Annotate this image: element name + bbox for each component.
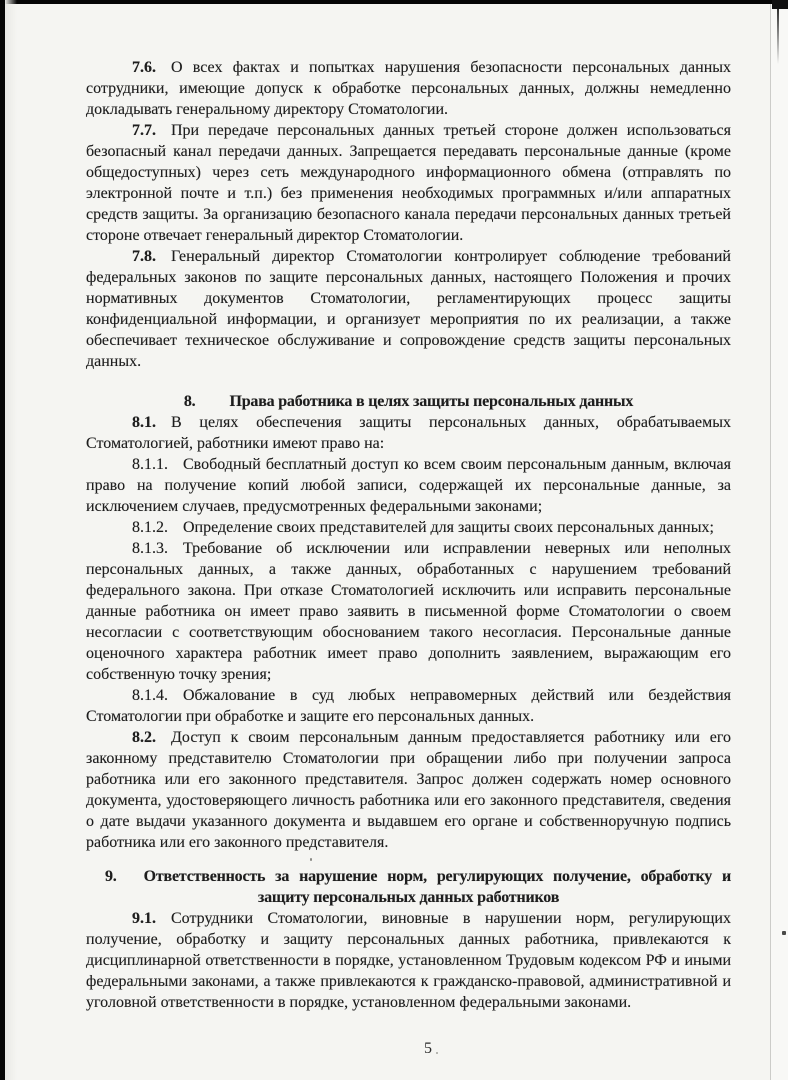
scan-edge-darkline	[777, 9, 779, 64]
scan-corner-smudge	[772, 0, 788, 9]
clause-text: Генеральный директор Стоматологии контро…	[86, 248, 731, 370]
clause-text: Права работника в целях защиты персональ…	[229, 393, 633, 410]
clause-number: 8.2.	[132, 729, 156, 746]
clause-number: 7.7.	[132, 122, 156, 139]
clause-paragraph: 9.1.Сотрудники Стоматологии, виновные в …	[86, 908, 731, 1013]
clause-paragraph: 8.1.1.Свободный бесплатный доступ ко все…	[86, 454, 731, 517]
clause-number: 8.1.4.	[132, 687, 168, 704]
scan-crease-line	[770, 0, 771, 1080]
clause-paragraph: 8.1.4.Обжалование в суд любых неправомер…	[86, 685, 731, 727]
clause-paragraph: 8.1.2.Определение своих представителей д…	[86, 517, 731, 538]
clause-number: 8.1.1.	[132, 456, 168, 473]
clause-paragraph: 8.1.3.Требование об исключении или испра…	[86, 538, 731, 685]
document-body: 7.6.О всех фактах и попытках нарушения б…	[86, 57, 731, 1013]
clause-paragraph: 7.6.О всех фактах и попытках нарушения б…	[86, 57, 731, 120]
clause-paragraph: 8.2.Доступ к своим персональным данным п…	[86, 727, 731, 853]
clause-text: Доступ к своим персональным данным предо…	[86, 729, 731, 851]
clause-text: Требование об исключении или исправлении…	[86, 540, 731, 683]
clause-text: Обжалование в суд любых неправомерных де…	[86, 687, 731, 725]
page-number: 5	[424, 1038, 432, 1059]
clause-text: При передаче персональных данных третьей…	[86, 122, 731, 244]
clause-text: В целях обеспечения защиты персональных …	[86, 414, 731, 452]
clause-text: Свободный бесплатный доступ ко всем свои…	[86, 456, 731, 515]
clause-number: 8.1.3.	[132, 540, 168, 557]
clause-text: Сотрудники Стоматологии, виновные в нару…	[86, 910, 731, 1011]
clause-number: 8.1.2.	[132, 519, 168, 536]
clause-text: Ответственность за нарушение норм, регул…	[144, 868, 731, 906]
clause-number: 8.	[184, 393, 196, 410]
clause-number: 9.1.	[132, 910, 156, 927]
scanned-document-page: 7.6.О всех фактах и попытках нарушения б…	[0, 0, 788, 1080]
clause-paragraph: 8.1.В целях обеспечения защиты персональ…	[86, 412, 731, 454]
clause-text: Определение своих представителей для защ…	[183, 519, 714, 536]
clause-paragraph: 7.7.При передаче персональных данных тре…	[86, 120, 731, 246]
scan-speck	[436, 1052, 438, 1054]
section-heading: 9.Ответственность за нарушение норм, рег…	[86, 866, 731, 908]
clause-number: 7.6.	[132, 59, 156, 76]
scan-edge-top	[0, 0, 788, 4]
clause-paragraph: 7.8.Генеральный директор Стоматологии ко…	[86, 246, 731, 372]
clause-text: О всех фактах и попытках нарушения безоп…	[86, 59, 731, 118]
scan-right-strip	[771, 0, 788, 1080]
clause-number: 9.	[105, 868, 117, 885]
clause-number: 7.8.	[132, 248, 156, 265]
scan-left-shadow	[5, 0, 17, 1080]
section-heading: 8.Права работника в целях защиты персона…	[86, 391, 731, 412]
scan-speck	[782, 931, 786, 935]
clause-number: 8.1.	[132, 414, 156, 431]
